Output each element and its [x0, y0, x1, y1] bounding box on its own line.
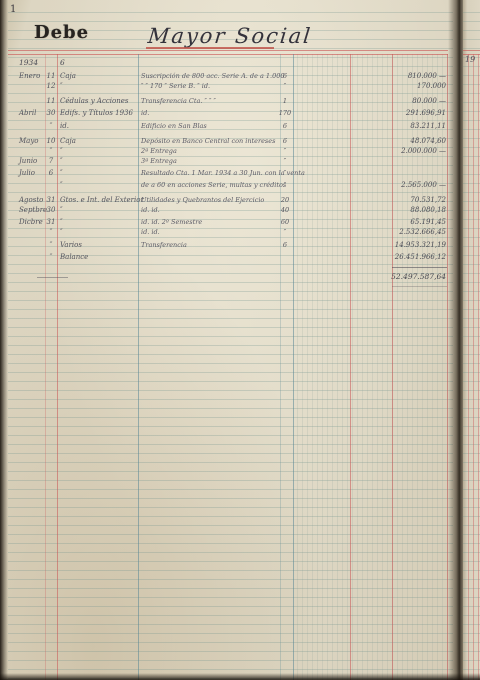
debit-column-header: Debe — [34, 22, 89, 43]
entry-month: Dicbre — [19, 218, 45, 227]
entry-account: Caja — [60, 137, 138, 146]
entry-account: Balance — [60, 253, 138, 262]
entry-day: 31 — [44, 196, 58, 205]
entry-month: Junio — [19, 157, 45, 166]
entry-description: 2ª Entrega — [141, 147, 281, 156]
entry-day: ″ — [44, 147, 58, 156]
entry-account: ″ — [60, 228, 138, 237]
entry-account: 6 — [60, 58, 138, 67]
entry-day: 11 — [44, 97, 58, 106]
facing-column-rule-3 — [478, 54, 479, 680]
page-left-edge-shadow — [0, 0, 8, 680]
ledger-row: ″id.Edificio en San Blas683.211,11 — [0, 122, 463, 131]
entry-amount: 48.074,60 — [390, 137, 446, 146]
entry-folio: 20 — [278, 196, 292, 205]
entry-folio: 6 — [278, 122, 292, 131]
ledger-row: ″″id. id.″2.532.666,45 — [0, 228, 463, 237]
entry-amount: 70.531,72 — [390, 196, 446, 205]
entry-amount: 291.696,91 — [390, 109, 446, 118]
entry-account: id. — [60, 122, 138, 131]
entry-description: id. — [141, 109, 281, 118]
entry-day: 30 — [44, 206, 58, 215]
facing-column-rule-2 — [473, 54, 474, 680]
facing-page-edge: 19 — [463, 0, 480, 680]
entry-amount: 170.000 — [390, 82, 446, 91]
entry-amount: 26.451.966,12 — [390, 253, 446, 262]
entry-account: ″ — [60, 157, 138, 166]
entry-month: Julio — [19, 169, 45, 178]
entry-day: 6 — [44, 169, 58, 178]
entry-month: Mayo — [19, 137, 45, 146]
entry-account: Varios — [60, 241, 138, 250]
entry-description: id. id. 2º Semestre — [141, 218, 281, 227]
ledger-row: 11Cédulas y AccionesTransferencia Cta. ″… — [0, 97, 463, 106]
ledger-row: Julio6″Resultado Cta. 1 Mar. 1934 a 30 J… — [0, 169, 463, 178]
title-underline — [146, 47, 274, 49]
entry-month: Abril — [19, 109, 45, 118]
entry-amount: 2.565.000 — — [390, 181, 446, 190]
book-gutter-shadow — [448, 0, 463, 680]
entry-day: 10 — [44, 137, 58, 146]
entry-amount: 810.000 — — [390, 72, 446, 81]
entry-amount: 2.000.000 — — [390, 147, 446, 156]
ledger-row: Mayo10CajaDepósito en Banco Central con … — [0, 137, 463, 146]
entry-folio: ″ — [278, 228, 292, 237]
entry-description: Transferencia — [141, 241, 281, 250]
entry-description: Suscripción de 800 acc. Serie A. de a 1.… — [141, 72, 281, 81]
entry-month: 1934 — [19, 58, 45, 67]
entry-day: 12 — [44, 82, 58, 91]
ledger-row: ″Balance26.451.966,12 — [0, 253, 463, 262]
entry-description: id. id. — [141, 228, 281, 237]
ledger-page: 1 Debe Mayor Social 19346Enero11CajaSusc… — [0, 0, 463, 680]
entry-amount: 14.953.321,19 — [390, 241, 446, 250]
entry-folio: ″ — [278, 181, 292, 190]
header-rule-bottom — [8, 54, 448, 55]
entry-folio: 40 — [278, 206, 292, 215]
entry-day: ″ — [44, 253, 58, 262]
ledger-row: Septbre30″id. id.4088.080,18 — [0, 206, 463, 215]
entry-folio: 1 — [278, 97, 292, 106]
page-number: 1 — [10, 4, 16, 15]
entry-day: 11 — [44, 72, 58, 81]
entry-account: Gtos. e Int. del Exterior — [60, 196, 138, 205]
total-amount: 52.497.587,64 — [388, 272, 446, 281]
entry-amount: 83.211,11 — [390, 122, 446, 131]
entry-account: ″ — [60, 218, 138, 227]
entry-description: Transferencia Cta. ″ ″ ″ — [141, 97, 281, 106]
header-rule-top — [8, 50, 448, 51]
ledger-row: Dicbre31″id. id. 2º Semestre6065.191,45 — [0, 218, 463, 227]
ledger-row: Agosto31Gtos. e Int. del ExteriorUtilida… — [0, 196, 463, 205]
entry-account: ″ — [60, 147, 138, 156]
facing-column-rule-1 — [468, 54, 469, 680]
page-bottom-edge-shadow — [0, 673, 480, 680]
entry-description: Depósito en Banco Central con intereses — [141, 137, 281, 146]
entry-description: Edificio en San Blas — [141, 122, 281, 131]
entry-day: ″ — [44, 241, 58, 250]
entry-folio: ″ — [278, 147, 292, 156]
entry-description: ″ ″ 170 ″ Serie B. ″ id. — [141, 82, 281, 91]
page-title: Mayor Social — [147, 24, 314, 48]
entry-amount: 88.080,18 — [390, 206, 446, 215]
entry-folio: 6 — [278, 137, 292, 146]
ledger-book-photo: 1 Debe Mayor Social 19346Enero11CajaSusc… — [0, 0, 480, 680]
ledger-row: 12″″ ″ 170 ″ Serie B. ″ id.″170.000 — [0, 82, 463, 91]
facing-page-year: 19 — [465, 55, 475, 64]
ledger-row: ″de a 60 en acciones Serie, multas y cré… — [0, 181, 463, 190]
entry-month: Agosto — [19, 196, 45, 205]
entry-description: Resultado Cta. 1 Mar. 1934 a 30 Jun. con… — [141, 169, 281, 178]
entry-day: 31 — [44, 218, 58, 227]
entry-account: ″ — [60, 206, 138, 215]
total-rule-top — [392, 267, 447, 268]
entry-amount: 65.191,45 — [390, 218, 446, 227]
entry-day: 30 — [44, 109, 58, 118]
ledger-row: Abril30Edifs. y Títulos 1936id.170291.69… — [0, 109, 463, 118]
ledger-row: Junio7″3ª Entrega″ — [0, 157, 463, 166]
entry-account: Caja — [60, 72, 138, 81]
entry-description: de a 60 en acciones Serie, multas y créd… — [141, 181, 281, 190]
ledger-row: 19346 — [0, 58, 463, 67]
entry-description: id. id. — [141, 206, 281, 215]
entry-account: Edifs. y Títulos 1936 — [60, 109, 138, 118]
ledger-row: ″VariosTransferencia614.953.321,19 — [0, 241, 463, 250]
entry-description: 3ª Entrega — [141, 157, 281, 166]
entry-folio: 6 — [278, 72, 292, 81]
facing-header-rule-top — [463, 50, 480, 51]
entry-day: ″ — [44, 228, 58, 237]
entry-folio: ″ — [278, 169, 292, 178]
entry-description: Utilidades y Quebrantos del Ejercicio — [141, 196, 281, 205]
entry-month: Enero — [19, 72, 45, 81]
entry-folio: ″ — [278, 82, 292, 91]
total-rule-bottom — [392, 286, 447, 287]
entry-month: Septbre — [19, 206, 45, 215]
entry-account: Cédulas y Acciones — [60, 97, 138, 106]
entry-folio: ″ — [278, 157, 292, 166]
entry-amount: 80.000 — — [390, 97, 446, 106]
ledger-row: ″″2ª Entrega″2.000.000 — — [0, 147, 463, 156]
entry-amount: 2.532.666,45 — [390, 228, 446, 237]
entry-folio: 60 — [278, 218, 292, 227]
entry-account: ″ — [60, 181, 138, 190]
balance-rule — [37, 277, 68, 278]
entry-account: ″ — [60, 82, 138, 91]
ledger-row: Enero11CajaSuscripción de 800 acc. Serie… — [0, 72, 463, 81]
entry-folio: 6 — [278, 241, 292, 250]
entry-day: ″ — [44, 122, 58, 131]
entry-account: ″ — [60, 169, 138, 178]
entry-day: 7 — [44, 157, 58, 166]
entry-folio: 170 — [278, 109, 292, 118]
